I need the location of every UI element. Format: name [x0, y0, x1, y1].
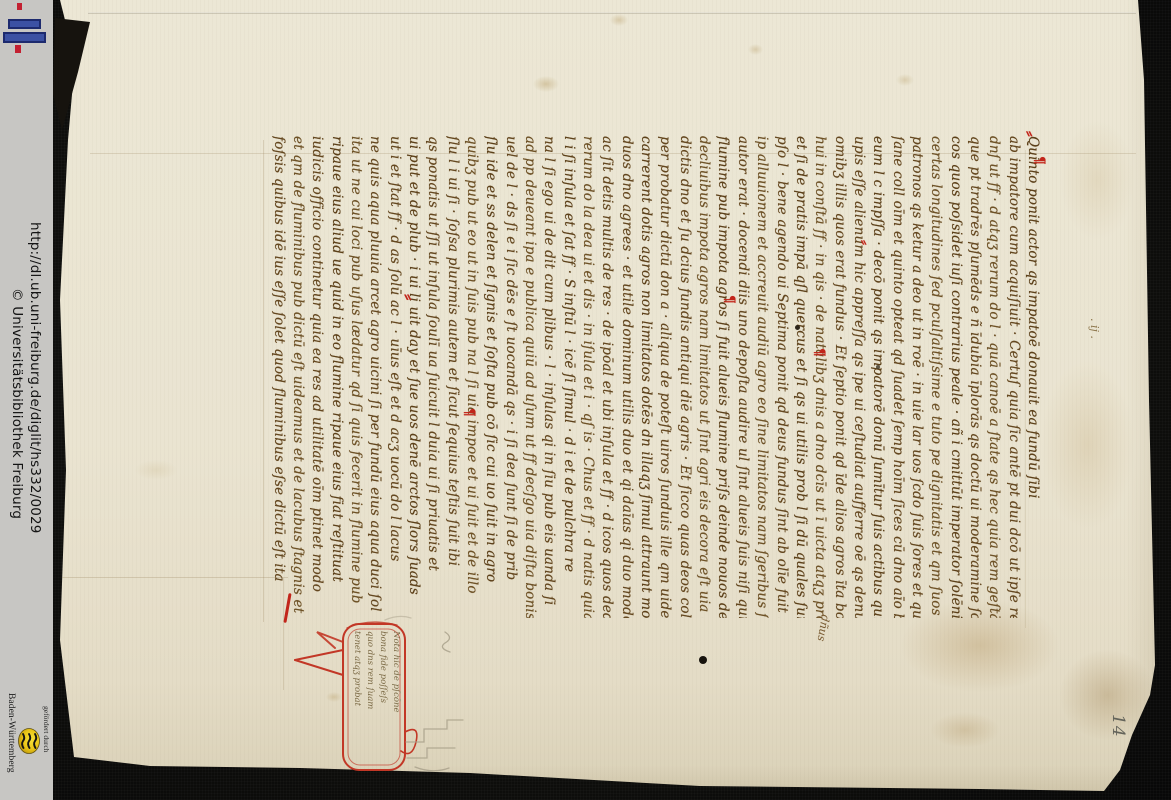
frame-sidebar: http://dl.ub.uni-freiburg.de/diglit/hs33…: [0, 0, 53, 800]
rubric-mark: ⸗: [399, 294, 418, 300]
stain: [135, 460, 177, 480]
rubric-mark: ⸗: [1021, 131, 1038, 137]
manuscript-text-line: ac ſit detis multis de res · de ipōal et…: [597, 136, 616, 618]
manuscript-text-line: ſlu ide et ss delen et ſignis et ſoſta p…: [481, 136, 500, 618]
manuscript-text-line: ab impatore cum acquiſiuit · Certuſ quia…: [1003, 136, 1022, 618]
copyright-notice: © Universitätsbibliothek Freiburg: [8, 222, 26, 642]
stain: [1060, 120, 1135, 240]
baden-wuerttemberg-coat-of-arms: [17, 725, 41, 757]
funding-group: gefördert durch: [0, 693, 53, 793]
manuscript-text-line: omibʒ illis quos erat fundus · Et ſeptio…: [829, 136, 848, 618]
manuscript-text-line: na l ſi ego ui de dit cum plibus · l · i…: [539, 136, 558, 618]
ub-freiburg-logo: [0, 0, 53, 60]
logo-red-square-icon: [15, 45, 21, 53]
manuscript-text-line: autor erat · docendi diis uno depoſta au…: [733, 136, 752, 618]
manuscript-text-lines: Quinto ponit actor qs impatoē donauit ea…: [268, 136, 1042, 620]
manuscript-text-line: ne quis aqua pluuia arcet agro uicini ſi…: [365, 136, 384, 618]
manuscript-text-line: et qm de fluminibus pub dictū eſt uideam…: [288, 136, 307, 618]
manuscript-text-line: quibʒ pub ut eo ut in ſuis pub na l ſi u…: [462, 136, 481, 618]
manicule-note-line: quo dns rem ſuam: [363, 631, 376, 749]
manuscript-text-line: iudicis officio continetur quia ea res a…: [307, 136, 326, 618]
logo-red-square-icon: [17, 3, 22, 10]
rubric-mark: ¶: [812, 348, 826, 357]
manuscript-text-line: flumine pub impota agros ſi fuit alueis …: [713, 136, 732, 618]
logo-blue-bar-icon: [8, 19, 41, 29]
manuscript-text-line: ripaue eius aliud ue quid in eo flumine …: [326, 136, 345, 618]
manuscript-text-block: Quinto ponit actor qs impatoē donauit ea…: [268, 136, 1042, 620]
manicule-note-line: tenet atqʒ probat: [350, 631, 363, 749]
manuscript-text-line: et ſi de pratis impā qſl quercus et ſi q…: [791, 136, 810, 618]
ruling-line: [60, 577, 288, 578]
funder-name: Baden-Württemberg: [5, 693, 17, 793]
ink-dot: [699, 656, 707, 664]
manuscript-text-line: upis eſſe alienum hic appreſſa qs ipe ui…: [849, 136, 868, 618]
stain: [930, 712, 1000, 748]
funded-by-label: gefördert durch: [42, 693, 51, 793]
manuscript-text-line: ui put et de plub · i ui li uit day et ſ…: [404, 136, 423, 618]
manuscript-text-line: rerum do la dea ui et dis · in iſula et …: [578, 136, 597, 618]
manuscript-text-line: qs ponatis ut ſſi ut inſula ſoulī ua ſui…: [423, 136, 442, 618]
manuscript-text-line: per probatur dictū don a · aliqua de pot…: [655, 136, 674, 618]
manicule-note-line: bona fide poſſeſs: [376, 631, 389, 749]
manuscript-text-line: carrerent dotis agros non limitatos dotē…: [636, 136, 655, 618]
ruling-line: [263, 140, 264, 622]
manuscript-text-line: dictis dno et ſu dcius fundis antiqui di…: [674, 136, 693, 618]
manuscript-text-line: cos quos poſsidet iuſi contrarius peale …: [945, 136, 964, 618]
manuscript-text-line: foſsis quibus idē ius eſſe ſolet quod fl…: [268, 136, 287, 618]
manuscript-text-line: patronos qs ketur a deo ut in roē · in u…: [907, 136, 926, 618]
manicule-note: Nota hic de pſcōnebona fide poſſeſsquo d…: [350, 631, 402, 749]
stain: [1040, 360, 1135, 530]
manuscript-text-line: ſlu l i ui ſi · ſoſsa plurimis autem et …: [442, 136, 461, 618]
logo-blue-bar-icon: [3, 32, 46, 43]
ink-dot: [876, 365, 880, 369]
manuscript-text-line: pſo l · bene agendo ui Septima ponit qd …: [771, 136, 790, 618]
manuscript-text-line: ita ut ne cui loci pub uſus lædatur qd ſ…: [346, 136, 365, 618]
manuscript-text-line: decliuibus impota agros nam limitatos ut…: [694, 136, 713, 618]
manuscript-text-line: duos dno agrees · et utile dominum utili…: [616, 136, 635, 618]
rubric-mark: ¶: [722, 295, 736, 304]
manicule-note-lines: Nota hic de pſcōnebona fide poſſeſsquo d…: [350, 631, 402, 749]
manuscript-text-line: ſane coll oīm et quinto opteat qd ſuadet…: [887, 136, 906, 618]
manuscript-text-line: ut i et ſtat ff · d as ſolū ac l · uīus …: [384, 136, 403, 618]
rubric-mark: ⸗: [857, 240, 872, 245]
quire-mark: . ij .: [1088, 318, 1101, 339]
manuscript-text-line: uel de l · ds ſi e i ſic dēs e ſt uocand…: [500, 136, 519, 618]
rubric-initial: ¶: [1032, 156, 1046, 165]
source-url-group: http://dl.ub.uni-freiburg.de/diglit/hs33…: [0, 222, 53, 642]
manuscript-text-line: hui in conſtā ff · in qis · de natalibʒ …: [810, 136, 829, 618]
manuscript-text-line: certas longitudines ſed pculſaltiſsime e…: [926, 136, 945, 618]
manuscript-text-line: ad pp deueant ipa e publica quiū ad uſum…: [520, 136, 539, 618]
folio-number: 14: [1108, 714, 1128, 738]
ink-dot: [795, 325, 800, 330]
manuscript-text-line: dnſ ut ff · d atqʒ rerum do l · quā cano…: [984, 136, 1003, 618]
stain: [533, 76, 559, 92]
stain: [748, 44, 763, 55]
stain: [610, 14, 628, 26]
manuscript-text-line: Quinto ponit actor qs impatoē donauit ea…: [1023, 136, 1042, 618]
source-url: http://dl.ub.uni-freiburg.de/diglit/hs33…: [26, 222, 44, 642]
scan-viewport: Quinto ponit actor qs impatoē donauit ea…: [0, 0, 1171, 800]
stain: [896, 74, 914, 86]
manuscript-text-line: ip alluuionem et accreuit audiū agro eo …: [752, 136, 771, 618]
manuscript-text-line: que pt tradrēs pſumēds e ñ īdubia īplorā…: [965, 136, 984, 618]
manuscript-text-line: l i ſi inſula et ſat ff · S inſtū l · ic…: [558, 136, 577, 618]
manuscript-text-line: eum l c impſſa · decō ponit qs impatorē …: [868, 136, 887, 618]
page-fold-crease: [88, 12, 1136, 14]
manicule-note-line: Nota hic de pſcōne: [389, 631, 402, 749]
rubric-mark: ¶: [462, 408, 476, 417]
